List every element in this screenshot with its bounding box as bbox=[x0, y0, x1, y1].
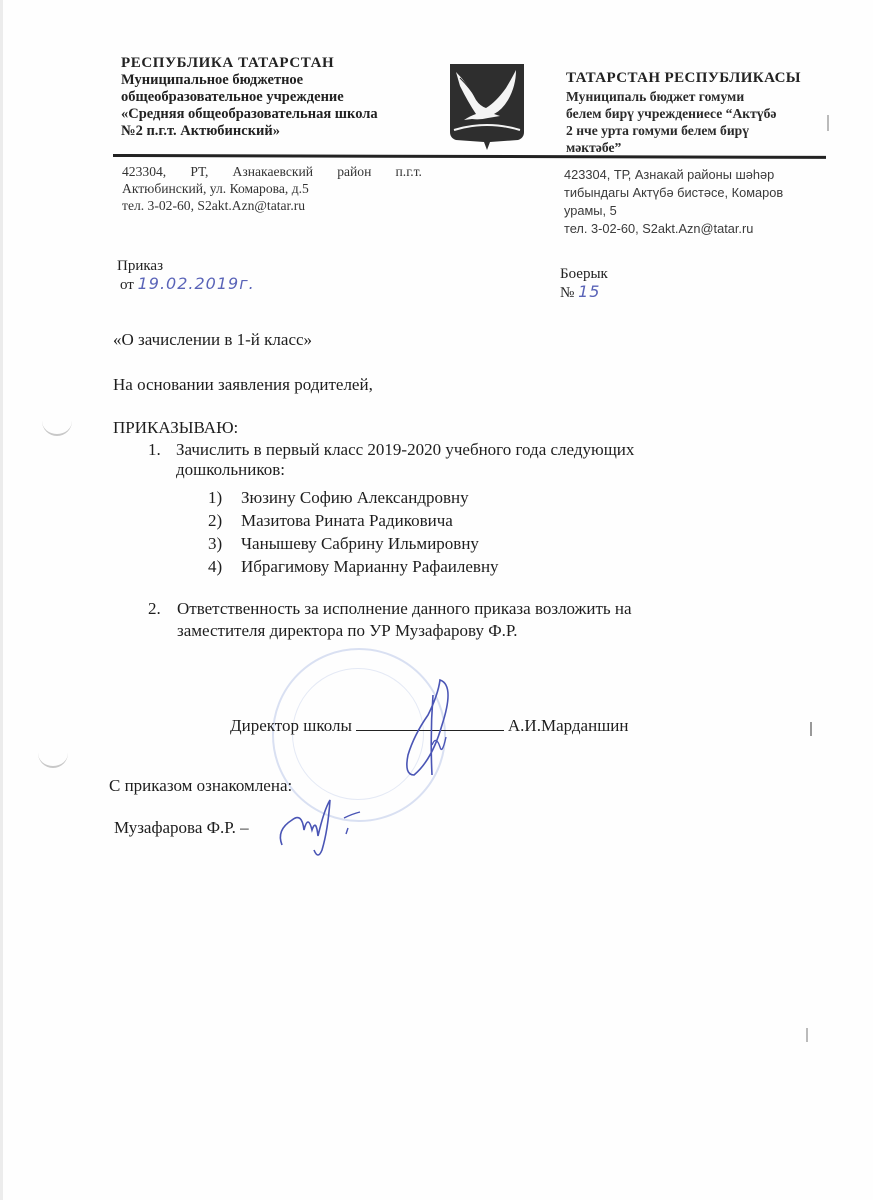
order-number-line: № 15 bbox=[560, 283, 608, 302]
org-line: «Средняя общеобразовательная школа bbox=[121, 106, 421, 123]
order-title: «О зачислении в 1-й класс» bbox=[113, 330, 312, 350]
order-label-tt: Боерык bbox=[560, 265, 608, 283]
acknowledgment-label: С приказом ознакомлена: bbox=[109, 776, 292, 796]
list-number: 3) bbox=[208, 532, 241, 555]
org-line: №2 п.г.т. Актюбинский» bbox=[121, 123, 421, 140]
item-text: Ответственность за исполнение данного пр… bbox=[165, 599, 632, 618]
state-name-ru: РЕСПУБЛИКА ТАТАРСТАН bbox=[121, 55, 421, 72]
address-line: 423304, РТ, Азнакаевский район п.г.т. bbox=[122, 163, 422, 180]
org-line: 2 нче урта гомуми белем бирү bbox=[566, 122, 836, 139]
order-label-ru: Приказ bbox=[117, 257, 255, 275]
item-number: 2. bbox=[148, 598, 165, 620]
item-text: дошкольников: bbox=[148, 460, 708, 480]
list-number: 1) bbox=[208, 486, 241, 509]
student-name: Зюзину Софию Александровну bbox=[241, 488, 469, 507]
address-line: урамы, 5 bbox=[564, 202, 824, 220]
handwritten-date: 19.02.2019г. bbox=[138, 274, 255, 293]
director-signature-icon bbox=[400, 675, 460, 785]
eagle-emblem-icon bbox=[446, 62, 528, 149]
date-prefix: от bbox=[120, 277, 134, 293]
list-number: 4) bbox=[208, 555, 241, 578]
order-date-line: от 19.02.2019г. bbox=[120, 275, 255, 294]
director-name: А.И.Марданшин bbox=[508, 716, 629, 735]
address-part: 423304, bbox=[122, 163, 166, 180]
address-line: Актюбинский, ул. Комарова, д.5 bbox=[122, 180, 422, 197]
student-name: Чанышеву Сабрину Ильмировну bbox=[241, 534, 479, 553]
item-text: Зачислить в первый класс 2019-2020 учебн… bbox=[165, 440, 634, 459]
punch-hole bbox=[38, 752, 68, 768]
scan-edge bbox=[0, 0, 3, 1200]
order-basis: На основании заявления родителей, bbox=[113, 375, 373, 395]
list-number: 2) bbox=[208, 509, 241, 532]
address-part: Азнакаевский bbox=[233, 163, 314, 180]
item-number: 1. bbox=[148, 440, 165, 460]
address-line: тибындагы Актүбә бистәсе, Комаров bbox=[564, 184, 824, 202]
order-item-1: 1.Зачислить в первый класс 2019-2020 уче… bbox=[148, 440, 708, 480]
address-right: 423304, ТР, Азнакай районы шәһәр тибында… bbox=[564, 166, 824, 238]
scan-mark bbox=[810, 722, 812, 736]
acknowledgment-name: Музафарова Ф.Р. – bbox=[114, 818, 249, 838]
header-right-tatar: ТАТАРСТАН РЕСПУБЛИКАСЫ Муниципаль бюджет… bbox=[566, 70, 836, 156]
order-word: ПРИКАЗЫВАЮ: bbox=[113, 418, 238, 438]
contact-line: тел. 3-02-60, S2akt.Azn@tatar.ru bbox=[564, 220, 824, 238]
director-title: Директор школы bbox=[230, 716, 352, 735]
student-name: Ибрагимову Марианну Рафаилевну bbox=[241, 557, 499, 576]
address-part: РТ, bbox=[190, 163, 208, 180]
deputy-signature-icon bbox=[272, 790, 372, 865]
org-line: белем бирү учреждениесе “Актүбә bbox=[566, 105, 836, 122]
contact-line: тел. 3-02-60, S2akt.Azn@tatar.ru bbox=[122, 197, 422, 214]
header-left-russian: РЕСПУБЛИКА ТАТАРСТАН Муниципальное бюдже… bbox=[121, 55, 421, 140]
scan-mark bbox=[827, 115, 829, 131]
student-list: 1)Зюзину Софию Александровну 2)Мазитова … bbox=[208, 486, 499, 578]
order-item-2: 2.Ответственность за исполнение данного … bbox=[148, 598, 728, 642]
org-line: общеобразовательное учреждение bbox=[121, 89, 421, 106]
address-left: 423304, РТ, Азнакаевский район п.г.т. Ак… bbox=[122, 163, 422, 214]
punch-hole bbox=[42, 420, 72, 436]
number-prefix: № bbox=[560, 285, 574, 301]
scan-mark bbox=[806, 1028, 808, 1042]
order-date-block: Приказ от 19.02.2019г. bbox=[117, 257, 255, 294]
handwritten-number: 15 bbox=[578, 282, 600, 301]
org-line: Муниципальное бюджетное bbox=[121, 72, 421, 89]
address-part: район bbox=[337, 163, 371, 180]
list-item: 1)Зюзину Софию Александровну bbox=[208, 486, 499, 509]
org-line: Муниципаль бюджет гомуми bbox=[566, 88, 836, 105]
state-name-tt: ТАТАРСТАН РЕСПУБЛИКАСЫ bbox=[566, 70, 836, 87]
list-item: 4)Ибрагимову Марианну Рафаилевну bbox=[208, 555, 499, 578]
item-text: заместителя директора по УР Музафарову Ф… bbox=[148, 620, 728, 642]
org-line: мәктәбе” bbox=[566, 139, 836, 156]
list-item: 2)Мазитова Рината Радиковича bbox=[208, 509, 499, 532]
student-name: Мазитова Рината Радиковича bbox=[241, 511, 453, 530]
address-part: п.г.т. bbox=[396, 163, 422, 180]
header-divider bbox=[113, 154, 826, 159]
document-page: РЕСПУБЛИКА ТАТАРСТАН Муниципальное бюдже… bbox=[0, 0, 873, 1200]
order-number-block: Боерык № 15 bbox=[560, 265, 608, 302]
list-item: 3)Чанышеву Сабрину Ильмировну bbox=[208, 532, 499, 555]
address-line: 423304, ТР, Азнакай районы шәһәр bbox=[564, 166, 824, 184]
